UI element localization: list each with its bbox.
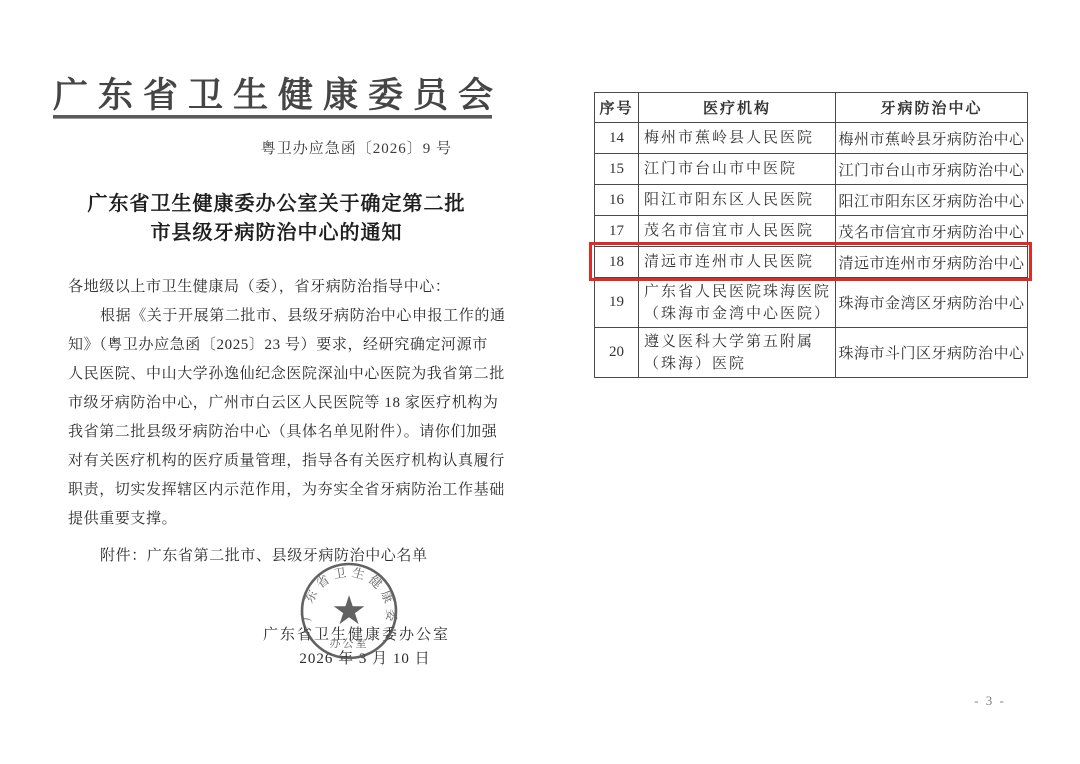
cell-serial-no: 20 [595, 328, 639, 378]
header-medical-institution: 医疗机构 [639, 93, 836, 123]
official-seal-stamp: 广东省卫生健康委员会 ★ 办公室 [299, 561, 399, 661]
cell-dental-center: 清远市连州市牙病防治中心 [836, 247, 1028, 278]
table-row: 15 江门市台山市中医院 江门市台山市牙病防治中心 [595, 154, 1028, 185]
table-row: 17 茂名市信宜市人民医院 茂名市信宜市牙病防治中心 [595, 216, 1028, 247]
table-row: 16 阳江市阳东区人民医院 阳江市阳东区牙病防治中心 [595, 185, 1028, 216]
cell-dental-center: 茂名市信宜市牙病防治中心 [836, 216, 1028, 247]
table-header-row: 序号 医疗机构 牙病防治中心 [595, 93, 1028, 123]
cell-dental-center: 梅州市蕉岭县牙病防治中心 [836, 123, 1028, 154]
cell-dental-center: 江门市台山市牙病防治中心 [836, 154, 1028, 185]
letter-title-line1: 广东省卫生健康委办公室关于确定第二批 [53, 190, 500, 219]
cell-medical-institution: 遵义医科大学第五附属（珠海）医院 [639, 328, 836, 378]
document-number: 粤卫办应急函〔2026〕9 号 [53, 137, 452, 158]
letter-body: 各地级以上市卫生健康局（委），省牙病防治指导中心： 根据《关于开展第二批市、县级… [68, 273, 492, 534]
cell-medical-institution: 茂名市信宜市人民医院 [639, 216, 836, 247]
table-row-highlighted: 18 清远市连州市人民医院 清远市连州市牙病防治中心 [595, 247, 1028, 278]
body-line: 人民医院、中山大学孙逸仙纪念医院深汕中心医院为我省第二批 [68, 360, 492, 389]
roster-table: 序号 医疗机构 牙病防治中心 14 梅州市蕉岭县人民医院 梅州市蕉岭县牙病防治中… [594, 92, 1028, 378]
letter-title-line2: 市县级牙病防治中心的通知 [53, 219, 500, 248]
body-line: 我省第二批县级牙病防治中心（具体名单见附件）。请你们加强 [68, 418, 492, 447]
cell-dental-center: 珠海市斗门区牙病防治中心 [836, 328, 1028, 378]
cell-serial-no: 18 [595, 247, 639, 278]
cell-medical-institution: 清远市连州市人民医院 [639, 247, 836, 278]
letterhead-divider [53, 115, 492, 119]
body-line: 职责，切实发挥辖区内示范作用，为夯实全省牙病防治工作基础 [68, 476, 492, 505]
cell-serial-no: 15 [595, 154, 639, 185]
salutation-line: 各地级以上市卫生健康局（委），省牙病防治指导中心： [68, 273, 492, 302]
body-line: 根据《关于开展第二批市、县级牙病防治中心申报工作的通 [68, 302, 492, 331]
table-row: 14 梅州市蕉岭县人民医院 梅州市蕉岭县牙病防治中心 [595, 123, 1028, 154]
cell-serial-no: 17 [595, 216, 639, 247]
dental-center-roster: 序号 医疗机构 牙病防治中心 14 梅州市蕉岭县人民医院 梅州市蕉岭县牙病防治中… [594, 92, 1027, 378]
scanned-document-page: 广东省卫生健康委员会 粤卫办应急函〔2026〕9 号 广东省卫生健康委办公室关于… [0, 0, 1080, 764]
page-number: - 3 - [960, 693, 1020, 709]
table-row: 20 遵义医科大学第五附属（珠海）医院 珠海市斗门区牙病防治中心 [595, 328, 1028, 378]
letter-title: 广东省卫生健康委办公室关于确定第二批 市县级牙病防治中心的通知 [53, 190, 500, 248]
table-row: 19 广东省人民医院珠海医院（珠海市金湾中心医院） 珠海市金湾区牙病防治中心 [595, 278, 1028, 328]
cell-dental-center: 珠海市金湾区牙病防治中心 [836, 278, 1028, 328]
attachment-line: 附件：广东省第二批市、县级牙病防治中心名单 [68, 542, 492, 571]
body-line: 知》（粤卫办应急函〔2025〕23 号）要求，经研究确定河源市 [68, 331, 492, 360]
body-line: 对有关医疗机构的医疗质量管理，指导各有关医疗机构认真履行 [68, 447, 492, 476]
cell-serial-no: 14 [595, 123, 639, 154]
cell-serial-no: 16 [595, 185, 639, 216]
cell-dental-center: 阳江市阳东区牙病防治中心 [836, 185, 1028, 216]
signer-name: 广东省卫生健康委办公室 [263, 623, 450, 644]
letterhead-agency-name: 广东省卫生健康委员会 [53, 68, 493, 118]
body-line: 提供重要支撑。 [68, 505, 492, 534]
cell-medical-institution: 梅州市蕉岭县人民医院 [639, 123, 836, 154]
header-serial-no: 序号 [595, 93, 639, 123]
cell-medical-institution: 江门市台山市中医院 [639, 154, 836, 185]
cell-medical-institution: 阳江市阳东区人民医院 [639, 185, 836, 216]
body-line: 市级牙病防治中心，广州市白云区人民医院等 18 家医疗机构为 [68, 389, 492, 418]
signature-date: 2026 年 3 月 10 日 [291, 647, 439, 668]
cell-medical-institution: 广东省人民医院珠海医院（珠海市金湾中心医院） [639, 278, 836, 328]
header-dental-center: 牙病防治中心 [836, 93, 1028, 123]
cell-serial-no: 19 [595, 278, 639, 328]
